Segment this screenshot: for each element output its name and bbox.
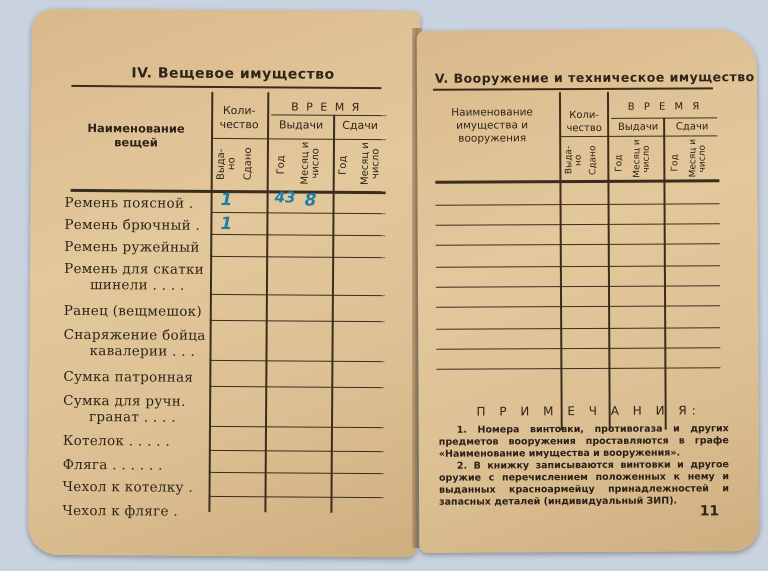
row-rule [210, 234, 385, 236]
column-header-month-day-2: Месяц и число [689, 135, 713, 181]
grid-line [239, 138, 240, 139]
grid-line [629, 136, 630, 137]
column-header-month-day-2: Месяц и число [361, 139, 387, 189]
column-header-issued: Выда-но [217, 144, 238, 184]
section-title: IV. Вещевое имущество [131, 65, 334, 82]
item-label: Ранец (вещмешок) [64, 303, 202, 320]
item-label: Ремень поясной . [64, 195, 193, 212]
column-header-issue: Выдачи [611, 122, 665, 135]
left-page: IV. Вещевое имущество Наименование вещей… [28, 9, 420, 558]
column-header-time: В Р Е М Я [271, 100, 381, 115]
column-header-name: Наименование вещей [71, 121, 201, 151]
item-label-cont: шинели . . . . [90, 277, 185, 294]
row-rule [209, 360, 384, 362]
empty-row [436, 265, 720, 267]
grid-line [330, 115, 335, 513]
column-header-issue: Выдачи [271, 118, 331, 132]
column-header-return: Сдачи [667, 121, 717, 134]
grid-line [295, 138, 296, 139]
title-rule [433, 87, 713, 90]
empty-row [436, 285, 720, 287]
row-rule [209, 496, 384, 498]
column-header-issued: Выда-но [565, 142, 584, 178]
empty-row [436, 243, 720, 245]
row-rule [210, 212, 385, 214]
page-number: 11 [700, 503, 720, 519]
empty-row [436, 347, 720, 349]
item-label: Ремень для скатки [64, 261, 204, 278]
row-rule [210, 294, 385, 296]
item-label: Сумка патронная [63, 369, 193, 386]
item-label: Фляга . . . . . . [63, 457, 163, 474]
row-rule [210, 320, 385, 322]
item-label: Ремень брючный . [64, 217, 200, 234]
empty-row [436, 305, 720, 307]
column-header-time: В Р Е М Я [613, 101, 717, 114]
item-label: Чехол к котелку . [63, 479, 194, 496]
item-label: Ремень ружейный [64, 239, 200, 256]
note-2: 2. В книжку записываются винтовки и друг… [439, 459, 729, 509]
column-header-year: Год [277, 144, 288, 184]
row-rule [209, 426, 384, 428]
item-label: Сумка для ручн. [63, 393, 186, 410]
item-label-cont: гранат . . . . [89, 409, 176, 426]
notes-body: 1. Номера винтовки, противогаза и других… [439, 423, 729, 509]
handwritten-issued-trouser-belt: 1 [220, 214, 232, 234]
row-rule [209, 450, 384, 452]
grid-line [559, 92, 563, 430]
grid-line [358, 139, 359, 140]
title-rule [71, 85, 381, 89]
handwritten-year-belt: 43 [275, 188, 296, 206]
handwritten-month-belt: 8 [305, 191, 317, 211]
empty-row [436, 367, 720, 369]
column-header-returned: Сдано [244, 144, 255, 184]
column-header-year-2: Год [671, 148, 681, 178]
grid-line [271, 114, 386, 116]
item-label: Чехол к фляге . [62, 503, 178, 520]
column-header-name: Наименование имущества и вооружения [437, 106, 547, 146]
column-header-month-day: Месяц и число [301, 139, 327, 189]
item-label: Снаряжение бойца [64, 327, 206, 344]
grid-line [607, 92, 611, 430]
grid-line [663, 118, 667, 430]
column-header-quantity: Коли-чество [214, 104, 264, 132]
column-header-return: Сдачи [335, 119, 385, 133]
grid-line [583, 136, 584, 137]
empty-row [436, 327, 720, 329]
empty-row [436, 203, 720, 205]
column-header-quantity: Коли-чество [561, 110, 607, 135]
grid-line [685, 135, 686, 136]
note-1: 1. Номера винтовки, противогаза и других… [439, 423, 729, 461]
item-label: Котелок . . . . . [63, 433, 170, 450]
column-header-month-day: Месяц и число [633, 136, 657, 182]
notes-title: П Р И М Е Ч А Н И Я: [419, 403, 759, 419]
column-header-returned: Сдано [589, 142, 599, 178]
section-title: V. Вооружение и техническое имущество [435, 69, 755, 86]
row-rule [209, 472, 384, 474]
empty-row [436, 223, 720, 225]
column-header-year: Год [615, 148, 625, 178]
header-rule [435, 179, 719, 183]
handwritten-issued-belt: 1 [221, 190, 233, 210]
right-page: V. Вооружение и техническое имущество На… [417, 29, 760, 553]
row-rule [209, 386, 384, 388]
row-rule [210, 256, 385, 258]
column-header-year-2: Год [339, 145, 350, 185]
item-label-cont: кавалерии . . . [89, 343, 195, 360]
